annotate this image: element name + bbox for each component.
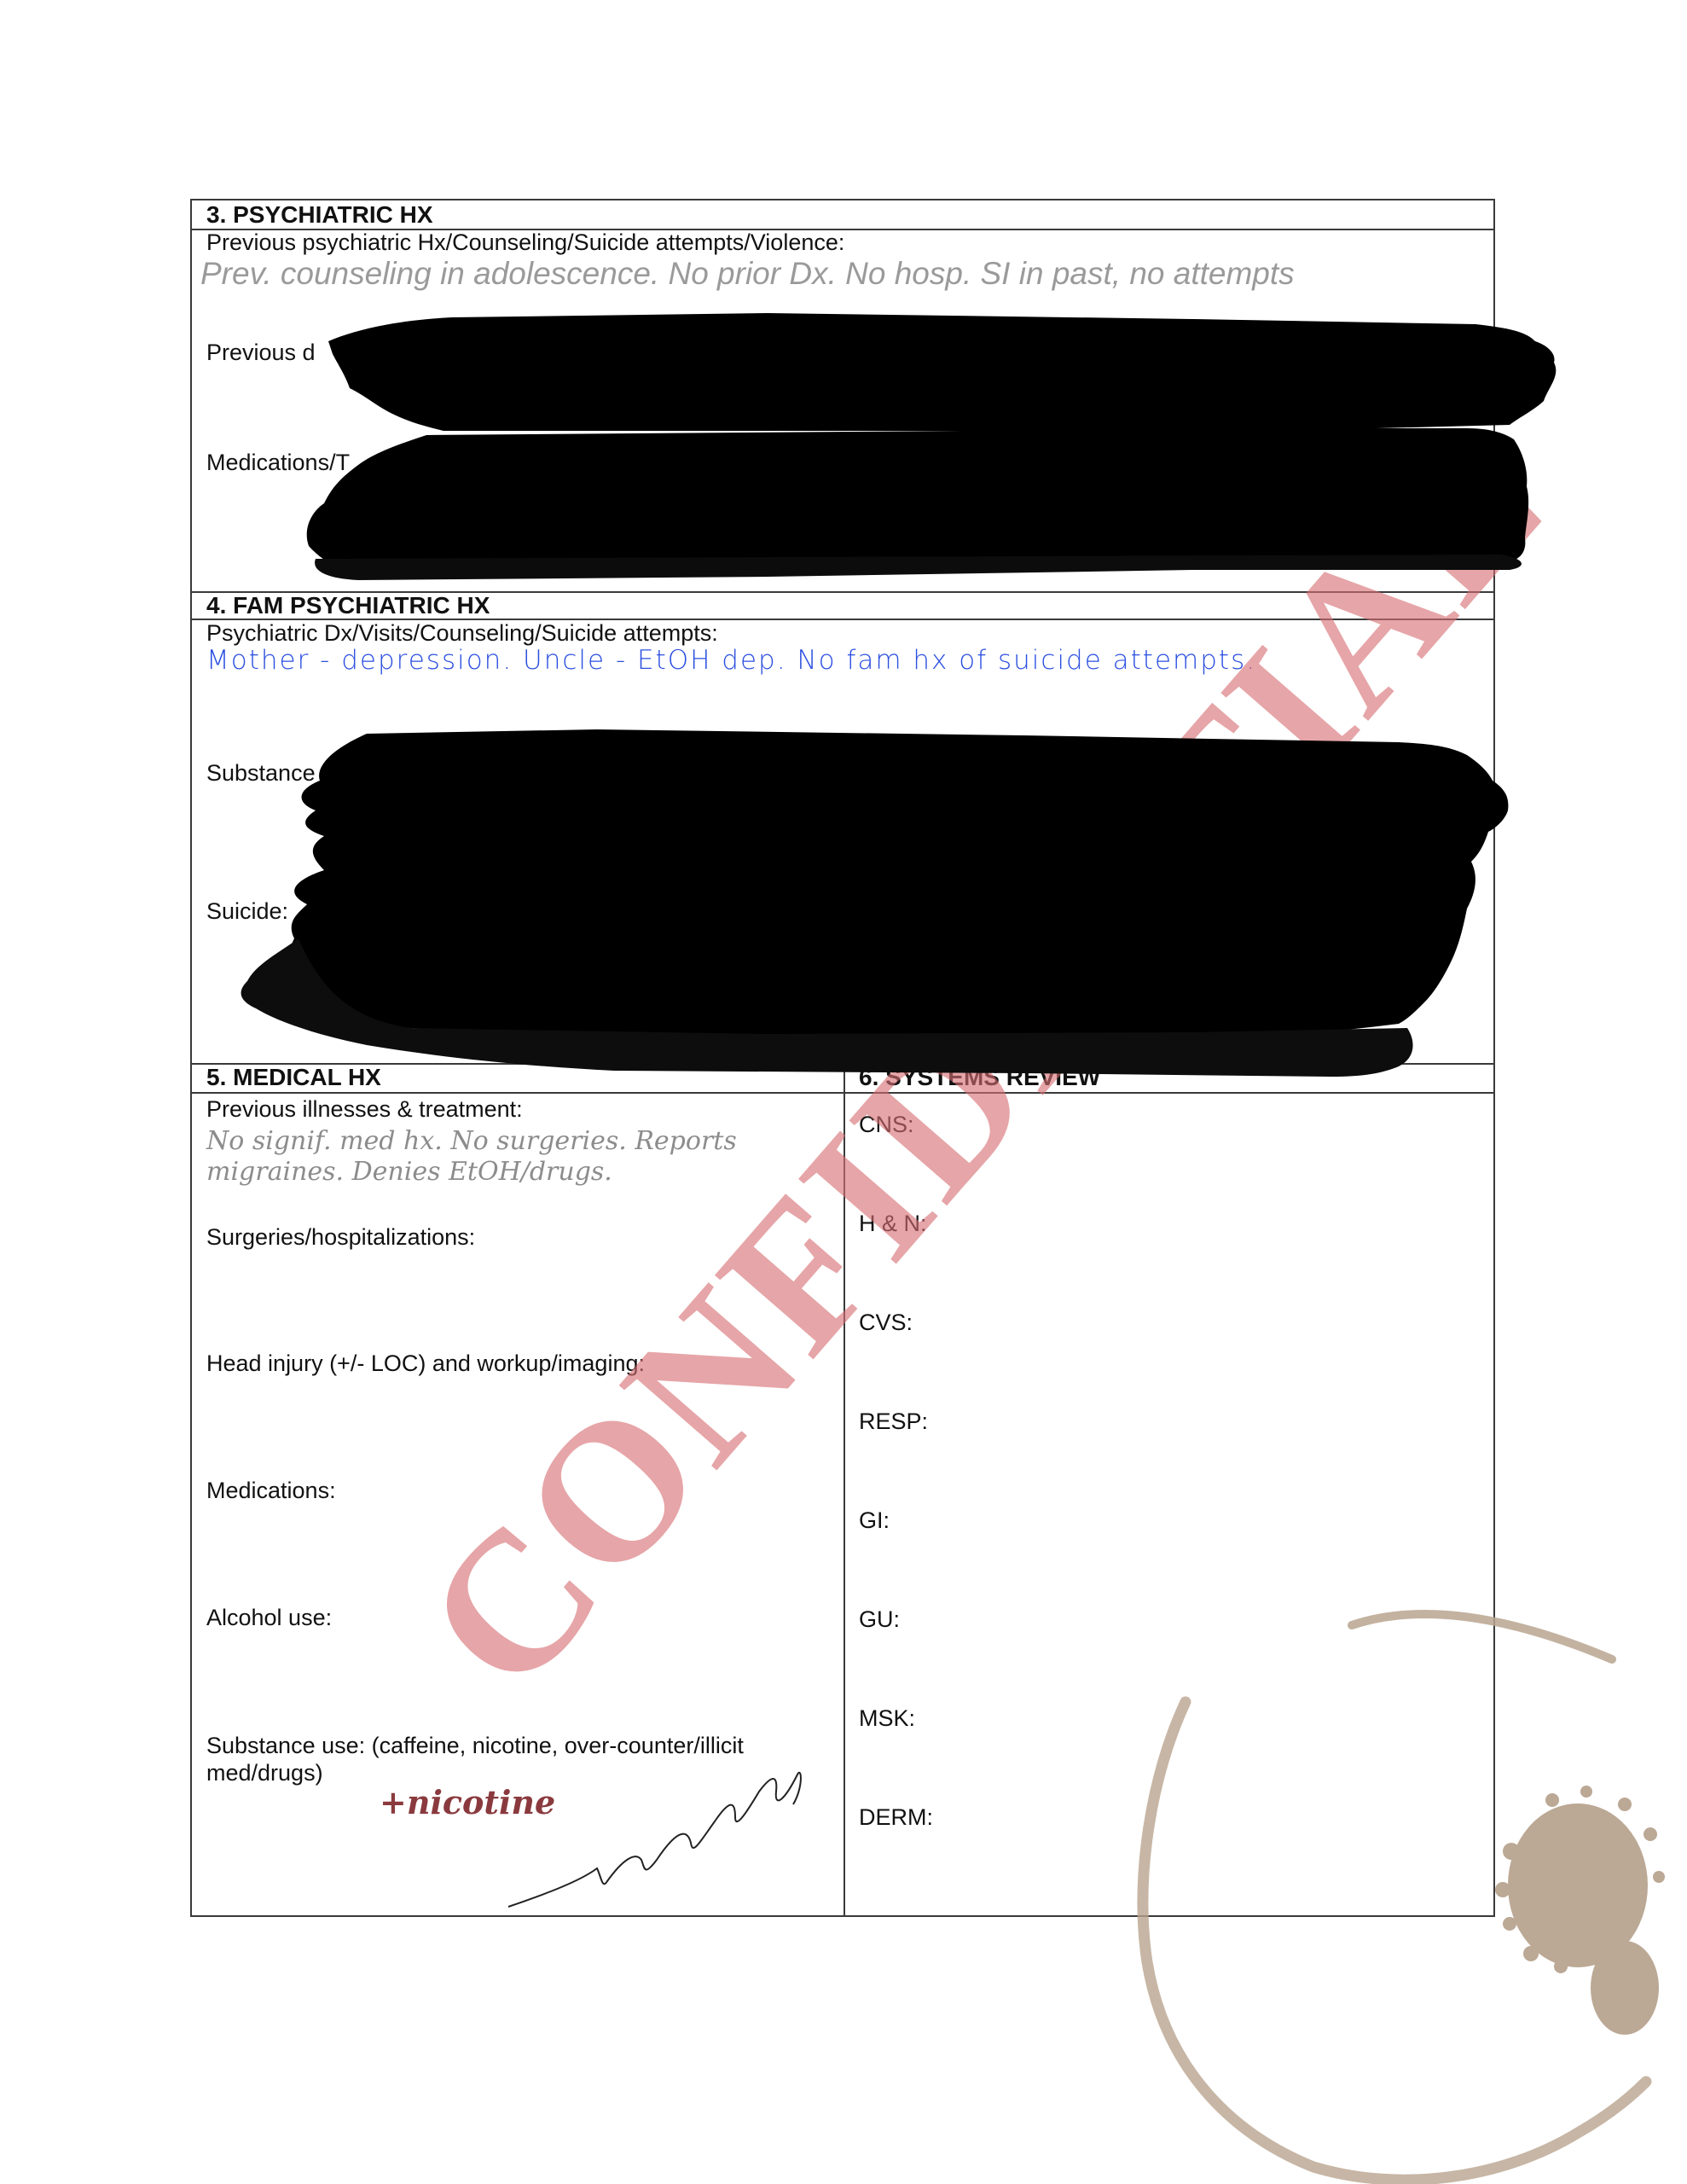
- section-heading-psychiatric-hx: 3. PSYCHIATRIC HX: [206, 201, 433, 229]
- prev-psych-hx-answer[interactable]: Prev. counseling in adolescence. No prio…: [200, 256, 1295, 292]
- medications-label: Medications:: [206, 1477, 336, 1504]
- previous-illnesses-answer[interactable]: No signif. med hx. No surgeries. Reports…: [206, 1126, 838, 1188]
- substance-use-label: Substance use: (caffeine, nicotine, over…: [206, 1732, 803, 1786]
- coffee-splat: [1495, 1786, 1665, 2035]
- ros-msk-label: MSK:: [859, 1705, 915, 1732]
- prev-psych-hx-label: Previous psychiatric Hx/Counseling/Suici…: [206, 229, 844, 256]
- section-heading-medical-hx: 5. MEDICAL HX: [206, 1064, 381, 1091]
- prev-dx-label: Previous d: [206, 339, 316, 366]
- fam-dx-answer[interactable]: Mother - depression. Uncle - EtOH dep. N…: [206, 645, 1256, 676]
- ros-cvs-label: CVS:: [859, 1309, 913, 1336]
- fam-dx-label: Psychiatric Dx/Visits/Counseling/Suicide…: [206, 619, 718, 647]
- alcohol-use-label: Alcohol use:: [206, 1604, 332, 1631]
- divider: [192, 1063, 1493, 1065]
- ros-hn-label: H & N:: [859, 1210, 927, 1237]
- surgeries-label: Surgeries/hospitalizations:: [206, 1223, 475, 1251]
- substance-use-answer[interactable]: +nicotine: [380, 1783, 555, 1821]
- medications-tx-label: Medications/T: [206, 449, 350, 476]
- ros-resp-label: RESP:: [859, 1408, 928, 1435]
- section-heading-systems-review: 6. SYSTEMS REVIEW: [859, 1064, 1100, 1091]
- ros-derm-label: DERM:: [859, 1804, 933, 1831]
- divider: [192, 1092, 1493, 1094]
- ros-gi-label: GI:: [859, 1507, 890, 1534]
- ros-cns-label: CNS:: [859, 1111, 914, 1138]
- ros-gu-label: GU:: [859, 1606, 900, 1633]
- fam-substance-label: Substance use: [206, 759, 359, 787]
- head-injury-label: Head injury (+/- LOC) and workup/imaging…: [206, 1350, 645, 1377]
- previous-illnesses-label: Previous illnesses & treatment:: [206, 1095, 523, 1123]
- substance-use-label-text: Substance use: (caffeine, nicotine, over…: [206, 1733, 744, 1786]
- fam-suicide-label: Suicide:: [206, 897, 288, 925]
- form-table: [190, 199, 1495, 1917]
- column-divider: [843, 1063, 845, 1917]
- section-heading-fam-psychiatric-hx: 4. FAM PSYCHIATRIC HX: [206, 592, 490, 619]
